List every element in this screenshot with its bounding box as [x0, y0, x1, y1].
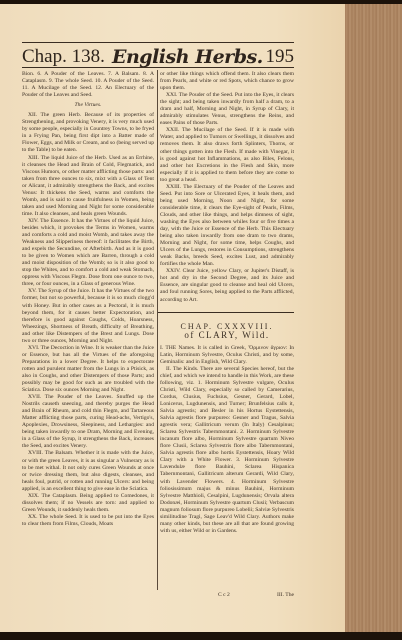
paragraph-kinds: II. The Kinds. There are several Species… — [160, 366, 294, 535]
chapter-subtitle: of CLARY, Wild. — [160, 332, 294, 339]
header-rule — [22, 67, 294, 68]
paragraph: XIX. The Cataplasm. Being applied to Com… — [22, 493, 154, 514]
left-column: Bion. 6. A Pouder of the Leaves. 7. A Ba… — [22, 71, 154, 528]
page-number: 195 — [266, 46, 295, 68]
page-edges — [345, 0, 402, 632]
paragraph-names: I. THE Names. It is called in Greek, Ὅρμ… — [160, 345, 294, 366]
paragraph: XXIV. Clear Juice, yellow Clary, or Jupi… — [160, 268, 294, 303]
chapter-label: Chap. 138. — [22, 46, 105, 68]
paragraph: XXII. The Mucilage of the Seed. If it is… — [160, 127, 294, 183]
paragraph: XVI. The Decoction in Wine. It is weaker… — [22, 345, 154, 394]
paragraph: XVII. The Pouder of the Leaves. Snuffed … — [22, 394, 154, 450]
paragraph: XIII. The liquid Juice of the Herb. Used… — [22, 155, 154, 218]
paragraph: XVIII. The Balsam. Whether it is made wi… — [22, 450, 154, 492]
paragraph: XXIII. The Electuary of the Pouder of th… — [160, 184, 294, 269]
top-shadow — [0, 0, 402, 4]
book-page: Chap. 138. English Herbs. 195 Bion. 6. A… — [0, 0, 345, 632]
top-rule — [22, 42, 294, 43]
column-divider — [157, 70, 158, 590]
section-rule — [158, 312, 294, 313]
right-column: or other like things which offend them. … — [160, 71, 294, 535]
paragraph: XX. The whole Seed. It is used to be put… — [22, 514, 154, 528]
paragraph: XV. The Syrup of the Juice. It has the V… — [22, 288, 154, 344]
paragraph: or other like things which offend them. … — [160, 71, 294, 92]
virtues-heading: The Virtues. — [22, 102, 154, 109]
paragraph: XII. The green Herb. Because of its prop… — [22, 112, 154, 154]
bottom-shadow — [0, 632, 402, 640]
preparations-list: Bion. 6. A Pouder of the Leaves. 7. A Ba… — [22, 71, 154, 99]
signature-mark: C c 2 — [218, 592, 230, 598]
catchword: III. The — [277, 592, 294, 598]
paragraph: XIV. The Essence. It has the Virtues of … — [22, 218, 154, 288]
paragraph: XXI. The Pouder of the Seed. Put into th… — [160, 92, 294, 127]
chapter-heading: CHAP. CXXXVIII. — [160, 323, 294, 330]
running-title: English Herbs. — [112, 46, 263, 68]
running-header: Chap. 138. English Herbs. 195 — [22, 46, 294, 68]
